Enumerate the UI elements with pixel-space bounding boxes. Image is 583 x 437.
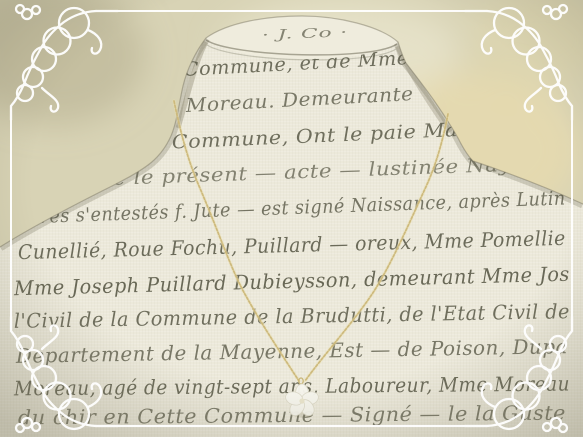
- product-photo: Commune, et de Mme Moreau. Demeurante Co…: [0, 0, 583, 437]
- photo-canvas: Commune, et de Mme Moreau. Demeurante Co…: [0, 0, 583, 437]
- photo-vignette: [0, 0, 583, 437]
